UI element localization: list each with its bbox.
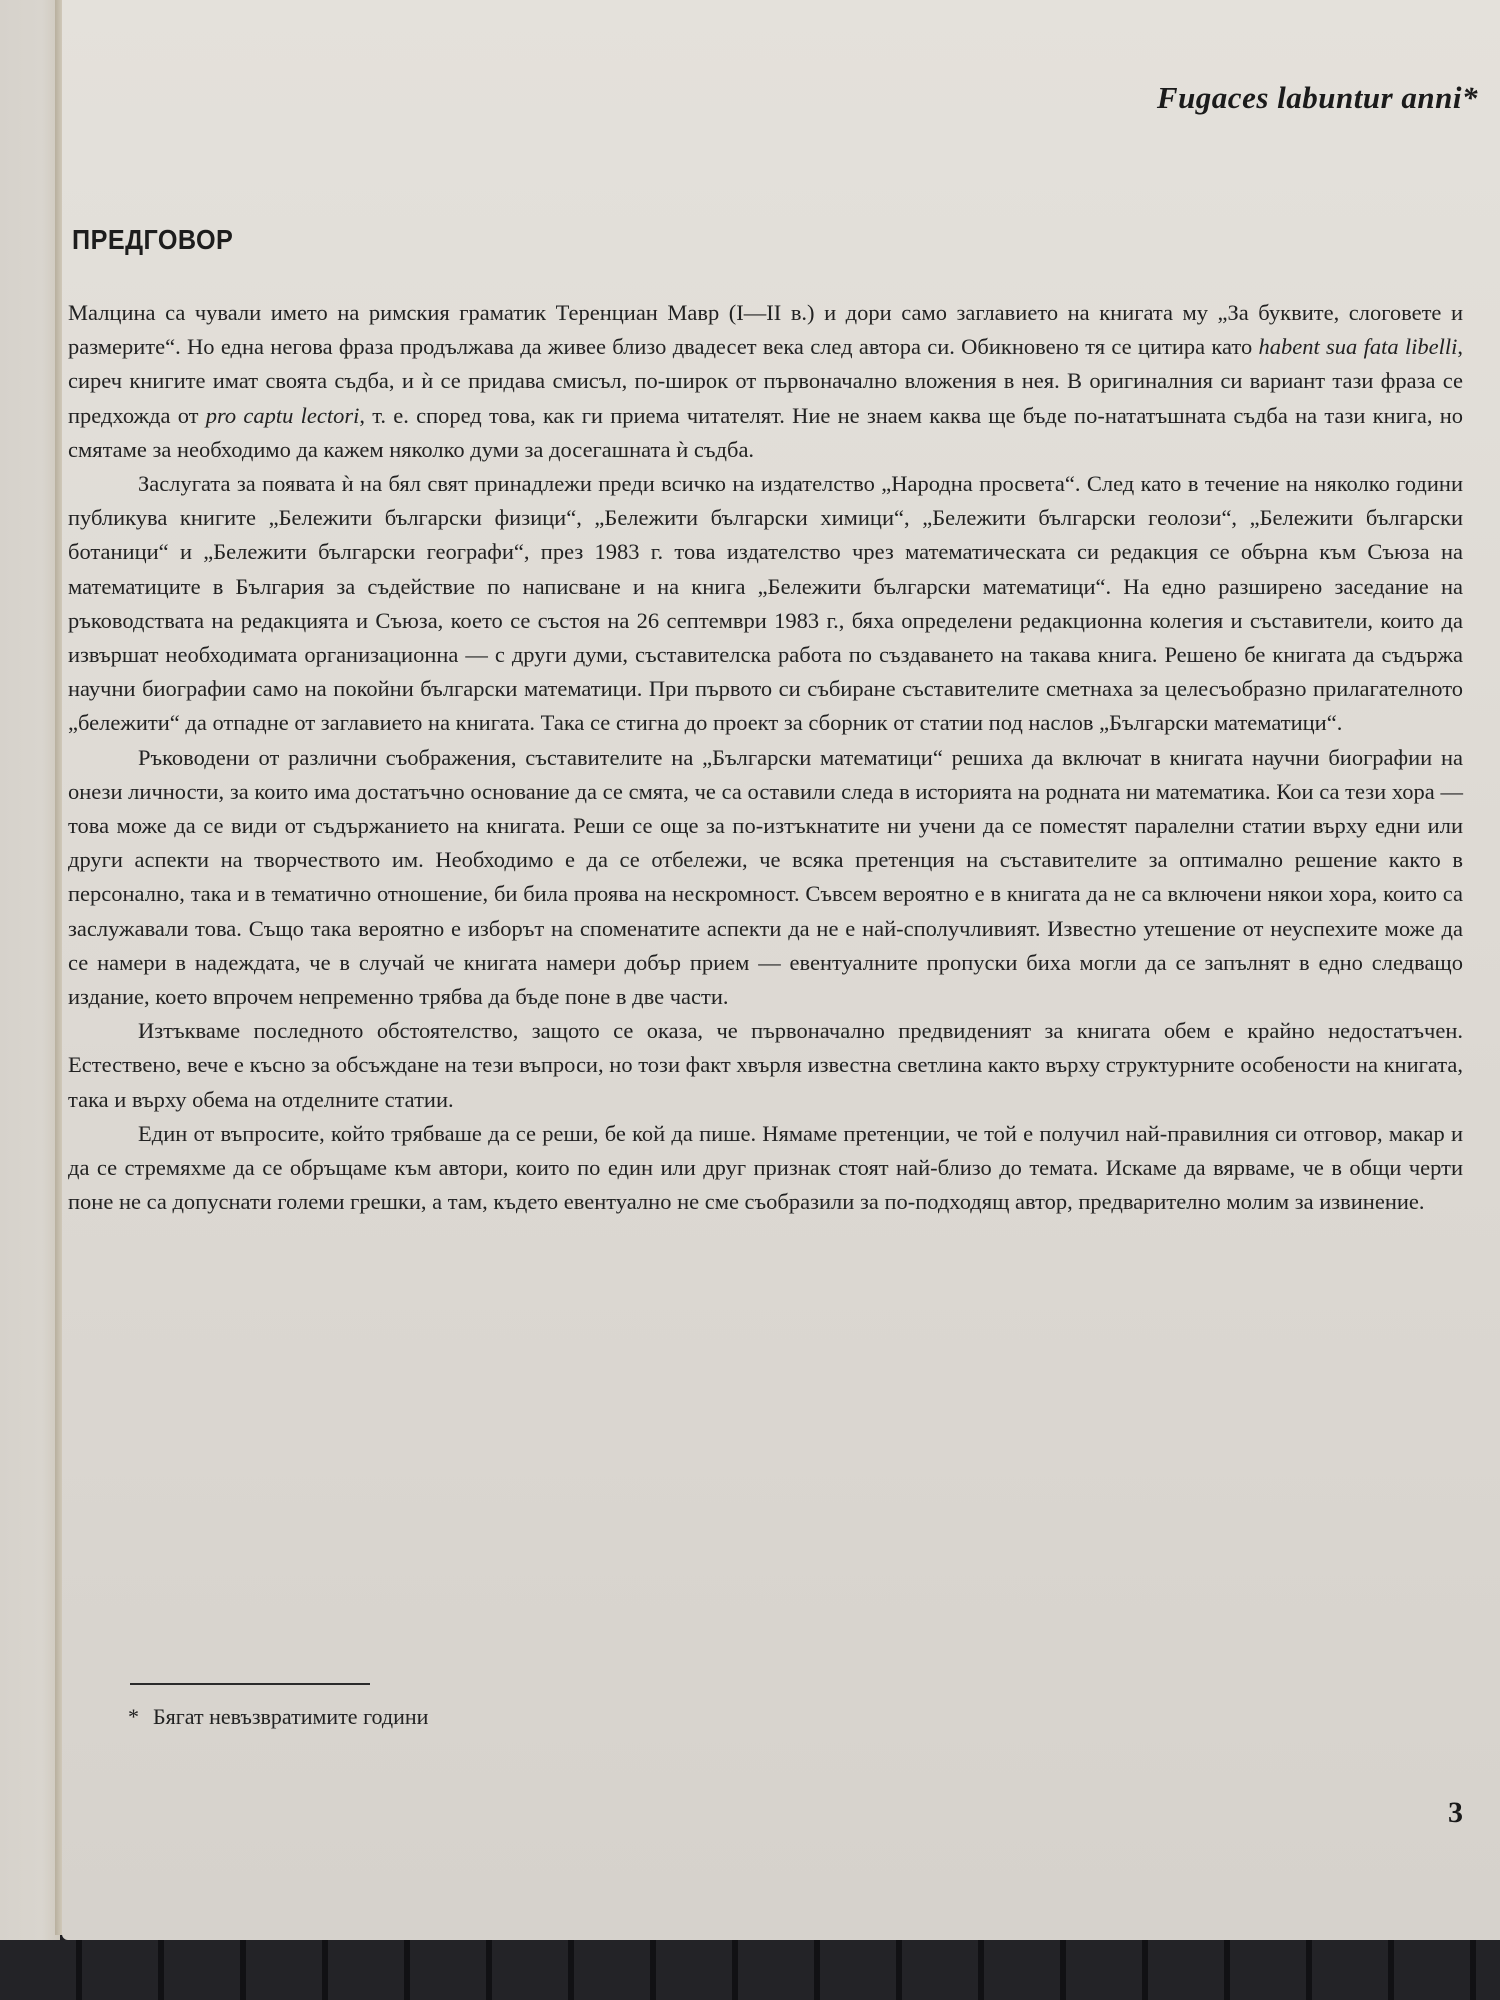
footnote-asterisk: * [128, 1704, 139, 1729]
page-title: ПРЕДГОВОР [72, 224, 233, 256]
previous-page-edge [0, 0, 60, 1990]
paragraph-1-text-a: Малцина са чували името на римския грама… [68, 300, 1463, 359]
footnote: *Бягат невъзвратимите години [128, 1704, 428, 1730]
body-text: Малцина са чували името на римския грама… [68, 296, 1463, 1219]
latin-quote-pro-captu: pro captu lectori [206, 403, 360, 428]
paragraph-2: Заслугата за появата ѝ на бял свят прина… [68, 467, 1463, 741]
cutting-mat-background [0, 1940, 1500, 2000]
footnote-divider [130, 1683, 370, 1685]
paragraph-5: Един от въпросите, който трябваше да се … [68, 1117, 1463, 1220]
latin-quote-habent: habent sua fata libelli [1258, 334, 1457, 359]
epigraph: Fugaces labuntur anni* [1157, 80, 1478, 116]
paragraph-1: Малцина са чували името на римския грама… [68, 296, 1463, 467]
page-number: 3 [1448, 1796, 1463, 1830]
paragraph-4: Изтъкваме последното обстоятелство, защо… [68, 1014, 1463, 1117]
paragraph-3: Ръководени от различни съображения, съст… [68, 741, 1463, 1015]
footnote-text: Бягат невъзвратимите години [153, 1704, 428, 1729]
